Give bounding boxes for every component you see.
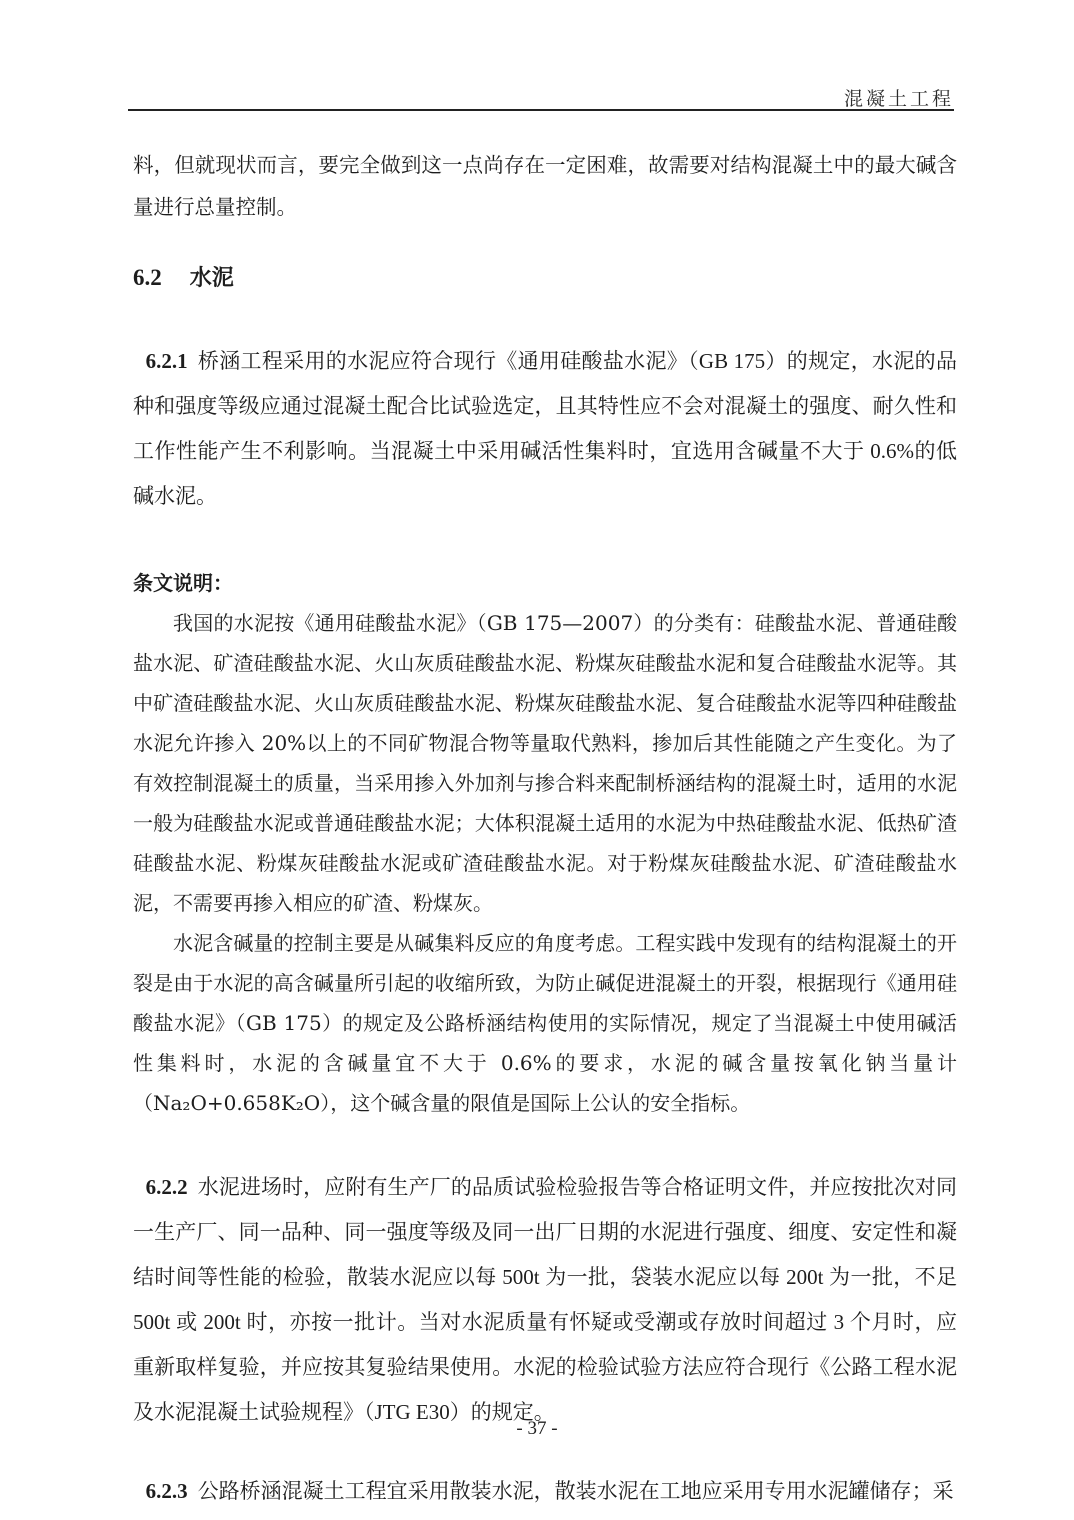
page-header: 混凝土工程: [128, 84, 954, 111]
section-title: 水泥: [190, 266, 234, 291]
commentary-label: 条文说明：: [133, 563, 957, 603]
commentary-paragraph-2: 水泥含碱量的控制主要是从碱集料反应的角度考虑。工程实践中发现有的结构混凝土的开裂…: [133, 923, 957, 1123]
header-rule: [128, 109, 954, 111]
clause-6-2-1-number: 6.2.1: [146, 349, 188, 373]
page-body: 料，但就现状而言，要完全做到这一点尚存在一定困难，故需要对结构混凝土中的最大碱含…: [133, 144, 957, 1514]
clause-6-2-3-number: 6.2.3: [146, 1479, 188, 1503]
clause-6-2-3: 6.2.3公路桥涵混凝土工程宜采用散装水泥，散装水泥在工地应采用专用水泥罐储存；…: [133, 1469, 957, 1514]
commentary-paragraph-1: 我国的水泥按《通用硅酸盐水泥》（GB 175—2007）的分类有：硅酸盐水泥、普…: [133, 603, 957, 923]
running-head-title: 混凝土工程: [844, 89, 954, 110]
continuation-paragraph: 料，但就现状而言，要完全做到这一点尚存在一定困难，故需要对结构混凝土中的最大碱含…: [133, 144, 957, 228]
clause-6-2-1-text: 桥涵工程采用的水泥应符合现行《通用硅酸盐水泥》（GB 175）的规定，水泥的品种…: [133, 349, 957, 508]
clause-6-2-2: 6.2.2水泥进场时，应附有生产厂的品质试验检验报告等合格证明文件，并应按批次对…: [133, 1165, 957, 1435]
clause-6-2-2-text: 水泥进场时，应附有生产厂的品质试验检验报告等合格证明文件，并应按批次对同一生产厂…: [133, 1175, 957, 1424]
page-number: - 37 -: [516, 1418, 557, 1439]
clause-6-2-2-number: 6.2.2: [146, 1175, 188, 1199]
clause-6-2-3-text: 公路桥涵混凝土工程宜采用散装水泥，散装水泥在工地应采用专用水泥罐储存；采: [198, 1479, 954, 1503]
section-heading: 6.2水泥: [133, 262, 957, 295]
section-number: 6.2: [133, 265, 162, 290]
clause-6-2-1: 6.2.1桥涵工程采用的水泥应符合现行《通用硅酸盐水泥》（GB 175）的规定，…: [133, 339, 957, 519]
document-page: 混凝土工程 料，但就现状而言，要完全做到这一点尚存在一定困难，故需要对结构混凝土…: [0, 0, 1074, 1520]
page-footer: - 37 -: [0, 1418, 1074, 1440]
